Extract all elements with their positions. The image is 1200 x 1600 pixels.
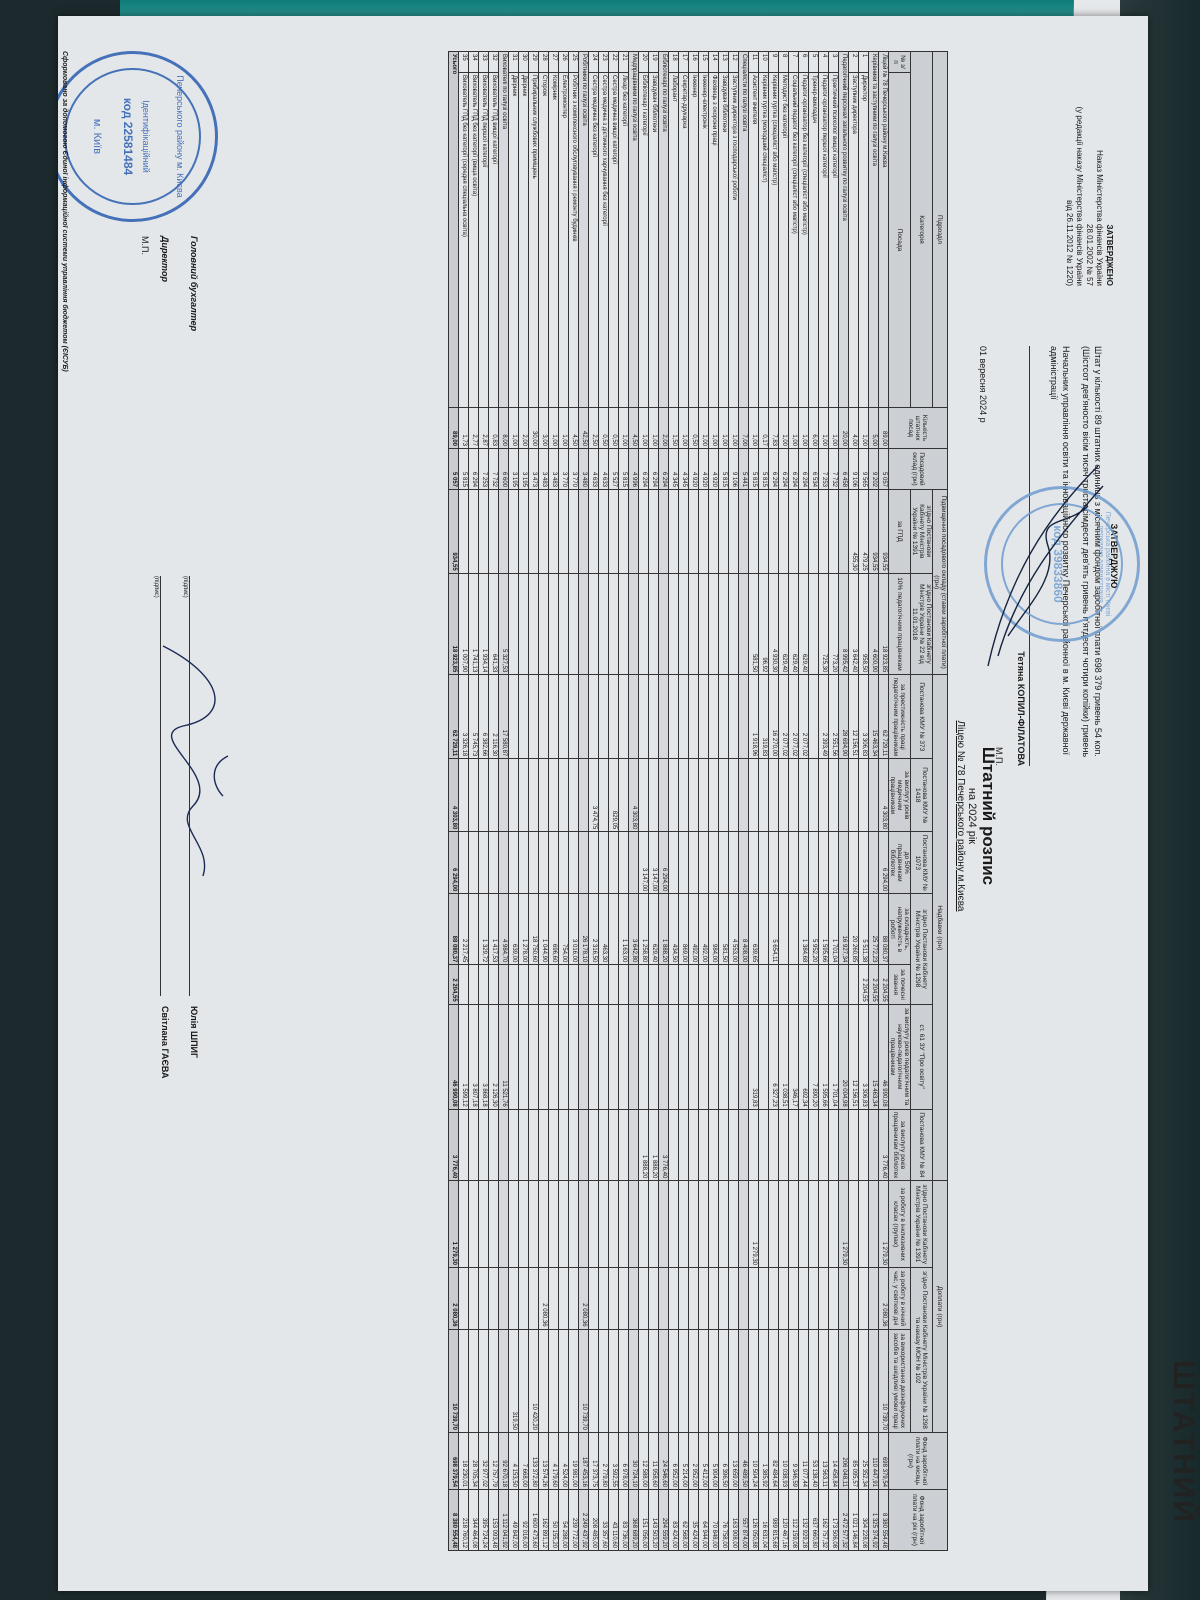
cell-e2b (719, 1329, 729, 1432)
cell-fm: 30 724,10 (629, 1433, 639, 1490)
cell-b2 (779, 759, 789, 832)
cell-e2b (749, 1329, 759, 1432)
cell-count: 1,00 (679, 408, 689, 449)
cell-b4a (609, 894, 619, 965)
cell-b6 (809, 1109, 819, 1181)
header-e2a: за роботу в нічний час, у святкові дні (889, 1268, 911, 1330)
cell-b4b (529, 965, 539, 1004)
cell-b4b (679, 965, 689, 1004)
cell-b4a: 4 553,00 (729, 894, 739, 965)
cell-b5 (649, 1004, 659, 1109)
cell-b4b (589, 965, 599, 1004)
cell-b2 (669, 759, 679, 832)
table-row: 26Електромонтер1,003 770754,004 524,0054… (559, 52, 569, 1551)
cell-salary: 5 815 (619, 449, 629, 490)
header-b4a: за складність, напруженість в роботі (889, 894, 911, 965)
cell-b2: 4 303,80 (879, 759, 889, 832)
cell-b6 (459, 1109, 469, 1181)
cell-b5: 319,83 (749, 1004, 759, 1109)
cell-salary: 3 195 (509, 449, 519, 490)
cell-fm: 2 952,00 (689, 1433, 699, 1490)
cell-r2 (699, 573, 709, 675)
cell-b6 (609, 1109, 619, 1181)
cell-fm: 6 952,00 (669, 1433, 679, 1490)
cell-r2 (539, 573, 549, 675)
cell-count: 4,50 (569, 408, 579, 449)
cell-b1: 3 306,83 (859, 675, 869, 759)
cell-count: 1,00 (829, 408, 839, 449)
cell-no: 24 (589, 52, 599, 73)
cell-b4b (839, 965, 849, 1004)
cell-salary: 3 770 (559, 449, 569, 490)
cell-e2a (839, 1268, 849, 1330)
cell-b3: 6 294,00 (879, 832, 889, 894)
cell-fm: 3 592,55 (609, 1433, 619, 1490)
cell-e2b: 319,50 (509, 1329, 519, 1432)
cell-b3 (599, 832, 609, 894)
cell-b4b (709, 965, 719, 1004)
cell-fy: 162 757,32 (819, 1490, 829, 1551)
document-org: Ліцею № 78 Печерського району м.Києва (955, 516, 966, 1116)
header-raise2-top: згідно Постанови Кабінету Міністрів Укра… (911, 573, 933, 675)
cell-b5: 1 701,04 (829, 1004, 839, 1109)
cell-no: 15 (699, 52, 709, 73)
header-b4-top: згідно Постанови Кабінету Міністрів Укра… (911, 894, 933, 1004)
cell-r1 (469, 490, 479, 574)
cell-b4a: 639,00 (509, 894, 519, 965)
cell-b3 (559, 832, 569, 894)
cell-e1 (639, 1181, 649, 1268)
cell-no: 22 (609, 52, 619, 73)
cell-b4a: 696,60 (549, 894, 559, 965)
cell-b4a: 5 952,20 (809, 894, 819, 965)
cell-b6 (629, 1109, 639, 1181)
stamp-city: м. Київ (91, 54, 103, 219)
cell-e2a (799, 1268, 809, 1330)
cell-b1 (669, 675, 679, 759)
cell-salary: 6 294 (659, 449, 669, 490)
cell-r2 (559, 573, 569, 675)
cell-position: Вихователь ГПД вищої категорії (489, 73, 499, 408)
cell-b3 (519, 832, 529, 894)
cell-b4b (499, 965, 509, 1004)
cell-b2 (579, 759, 589, 832)
cell-salary: 6 600 (499, 449, 509, 490)
cell-salary: 9 202 (869, 449, 879, 490)
cell-b6 (619, 1109, 629, 1181)
cell-r1 (679, 490, 689, 574)
cell-r2: 3 642,40 (849, 573, 859, 675)
approval-mof-title: ЗАТВЕРДЖЕНО (1104, 56, 1114, 286)
cell-r2: 1 741,13 (469, 573, 479, 675)
cell-b3 (849, 832, 859, 894)
cell-b5: 1 599,12 (459, 1004, 469, 1109)
cell-e2b: 10 739,70 (579, 1329, 589, 1432)
cell-no: 2 (849, 52, 859, 73)
cell-b3 (629, 832, 639, 894)
cell-b1 (649, 675, 659, 759)
director-label: Директор (160, 236, 170, 356)
table-row: 13Завідувач бібліотеки1,005 815581,506 3… (719, 52, 729, 1551)
cell-fm: 82 484,64 (769, 1433, 779, 1490)
cell-salary: 7 732 (489, 449, 499, 490)
sign-caption: (підпис) (153, 576, 159, 598)
cell-b2 (819, 759, 829, 832)
cell-no: 30 (519, 52, 529, 73)
cell-b1 (509, 675, 519, 759)
cell-count: 1,50 (669, 408, 679, 449)
cell-r1 (609, 490, 619, 574)
cell-fy: 43 110,60 (609, 1490, 619, 1551)
cell-b6 (479, 1109, 489, 1181)
cell-r2: 958,50 (859, 573, 869, 675)
cell-count: 89,00 (449, 408, 459, 449)
cell-e1 (789, 1181, 799, 1268)
cell-e2b (649, 1329, 659, 1432)
cell-b4a: 26 178,10 (579, 894, 589, 965)
cell-no: 25 (569, 52, 579, 73)
cell-b4b (729, 965, 739, 1004)
cell-position: Вихователь ГПД першої категорії (479, 73, 489, 408)
cell-b1 (739, 675, 749, 759)
stamp-text: Печерського району м. Києва (175, 74, 185, 199)
cell-e2b (499, 1329, 509, 1432)
cell-b4a: 1 044,90 (539, 894, 549, 965)
director-name: Світлана ГАЄВА (160, 1006, 170, 1078)
cell-e2a (629, 1268, 639, 1330)
cell-r2: 629,40 (799, 573, 809, 675)
cell-e1 (599, 1181, 609, 1268)
cell-position: Методист без категорії (779, 73, 789, 408)
cell-b6 (589, 1109, 599, 1181)
cell-no: 11 (749, 52, 759, 73)
cell-count: 6,00 (809, 408, 819, 449)
cell-r2 (689, 573, 699, 675)
cell-e1 (529, 1181, 539, 1268)
table-row: 18Лаборант1,504 345434,506 952,0083 424,… (669, 52, 679, 1551)
cell-b4a (789, 894, 799, 965)
cell-count: 89,00 (879, 408, 889, 449)
cell-b3 (489, 832, 499, 894)
cell-salary: 5 815 (459, 449, 469, 490)
cell-r1 (569, 490, 579, 574)
cell-e2a (549, 1268, 559, 1330)
cell-b5: 692,34 (799, 1004, 809, 1109)
cell-e2a (569, 1268, 579, 1330)
cell-b4a (779, 894, 789, 965)
cell-b4a: 629,40 (649, 894, 659, 965)
cell-count: 42,50 (579, 408, 589, 449)
cell-b3 (769, 832, 779, 894)
cell-b5 (679, 1004, 689, 1109)
cell-b4a: 581,50 (719, 894, 729, 965)
cell-b1 (699, 675, 709, 759)
cell-e1 (489, 1181, 499, 1268)
cell-b6 (599, 1109, 609, 1181)
cell-b1: 2 551,56 (829, 675, 839, 759)
cell-e2b (589, 1329, 599, 1432)
cell-e2a (489, 1268, 499, 1330)
cell-salary: 6 294 (639, 449, 649, 490)
cell-b1 (559, 675, 569, 759)
cell-b2 (489, 759, 499, 832)
cell-b5 (619, 1004, 629, 1109)
cell-e1 (769, 1181, 779, 1268)
cell-fm: 11 958,60 (649, 1433, 659, 1490)
cell-r2: 8 995,42 (839, 573, 849, 675)
cell-b6 (689, 1109, 699, 1181)
cell-e2b (629, 1329, 639, 1432)
cell-b4a: 1 384,68 (799, 894, 809, 965)
cell-b2 (509, 759, 519, 832)
cell-r1 (659, 490, 669, 574)
cell-b1: 17 580,87 (499, 675, 509, 759)
cell-b6 (759, 1109, 769, 1181)
cell-e2a (819, 1268, 829, 1330)
cell-e2b (469, 1329, 479, 1432)
cell-r1 (829, 490, 839, 574)
cell-position: Комірник (549, 73, 559, 408)
cell-b1: 2 393,49 (819, 675, 829, 759)
cell-e1 (659, 1181, 669, 1268)
cell-b5: 2 126,30 (489, 1004, 499, 1109)
cell-b5: 3 807,18 (469, 1004, 479, 1109)
table-row: 19Завідувач бібліотеки1,006 2943 147,006… (649, 52, 659, 1551)
cell-count: 1,00 (729, 408, 739, 449)
cell-b4a: 2 217,45 (459, 894, 469, 965)
cell-b1 (689, 675, 699, 759)
cell-r1: 455,30 (849, 490, 859, 574)
cell-b5: 7 890,20 (809, 1004, 819, 1109)
cell-count: 5,00 (869, 408, 879, 449)
cell-e2a (719, 1268, 729, 1330)
cell-b2 (719, 759, 729, 832)
cell-salary: 4 920 (689, 449, 699, 490)
cell-b6: 3 776,40 (449, 1109, 459, 1181)
cell-fy: 344 464,08 (469, 1490, 479, 1551)
cell-b4b (779, 965, 789, 1004)
cell-b2 (689, 759, 699, 832)
cell-count: 1,00 (559, 408, 569, 449)
cell-e1 (459, 1181, 469, 1268)
cell-fm: 13 659,00 (729, 1433, 739, 1490)
header-fund-month: Фонд заробітної плати на місяць (грн) (889, 1433, 948, 1490)
cell-position: Заступник директора з господарської робо… (729, 73, 739, 408)
cell-e1 (729, 1181, 739, 1268)
table-group-row: Медпрацівники по галузі освіта4,504 9964… (629, 52, 639, 1551)
cell-b1: 319,83 (759, 675, 769, 759)
cell-b5 (639, 1004, 649, 1109)
cell-b1 (529, 675, 539, 759)
cell-b4b (509, 965, 519, 1004)
header-raise1-top: згідно Постанови Кабінету Міністрів Укра… (911, 490, 933, 574)
cell-b3 (859, 832, 869, 894)
cell-b3 (739, 832, 749, 894)
table-row: 3Практичний психолог вищої категорії1,00… (829, 52, 839, 1551)
cell-b6 (519, 1109, 529, 1181)
cell-b2 (659, 759, 669, 832)
cell-e2a (869, 1268, 879, 1330)
cell-count: 1,00 (799, 408, 809, 449)
cell-b1: 2 077,02 (799, 675, 809, 759)
cell-salary: 6 294 (779, 449, 789, 490)
cell-b2 (639, 759, 649, 832)
cell-count: 1,00 (649, 408, 659, 449)
cell-b4b (549, 965, 559, 1004)
cell-position: Двірник (519, 73, 529, 408)
header-b1: за престижність праці педагогічним праці… (889, 675, 911, 759)
cell-e2b (539, 1329, 549, 1432)
table-row: 8Методист без категорії1,006 294629,402 … (779, 52, 789, 1551)
cell-e1 (689, 1181, 699, 1268)
cell-b5 (599, 1004, 609, 1109)
cell-b2 (789, 759, 799, 832)
cell-b2 (529, 759, 539, 832)
table-row: 29Прибиральник службових приміщень30,003… (529, 52, 539, 1551)
cell-b4b (539, 965, 549, 1004)
cell-b5: 6 327,23 (769, 1004, 779, 1109)
cell-fy: 76 758,00 (719, 1490, 729, 1551)
cell-b4a: 88 080,37 (449, 894, 459, 965)
cell-r1: 934,55 (869, 490, 879, 574)
cell-position: Лікар без категорії (619, 73, 629, 408)
cell-e2b: 10 739,70 (879, 1329, 889, 1432)
table-row: 25Робітник з комплексного обслуговування… (569, 52, 579, 1551)
header-e2b: за використання дезінфікуючих засобів та… (889, 1329, 911, 1432)
cell-b6 (499, 1109, 509, 1181)
cell-b2 (469, 759, 479, 832)
cell-b1 (579, 675, 589, 759)
cell-b6 (679, 1109, 689, 1181)
cell-b4b (699, 965, 709, 1004)
cell-position: Педагог-організатор без категорії (спеці… (799, 73, 809, 408)
cell-b5 (689, 1004, 699, 1109)
cell-b1 (629, 675, 639, 759)
cell-e1 (669, 1181, 679, 1268)
cell-e1 (699, 1181, 709, 1268)
cell-e1 (759, 1181, 769, 1268)
cell-fm: 10 038,93 (779, 1433, 789, 1490)
cell-position: Практичний психолог вищої категорії (829, 73, 839, 408)
cell-fy: 112 159,08 (789, 1490, 799, 1551)
cell-e2b (459, 1329, 469, 1432)
cell-fm: 11 077,44 (799, 1433, 809, 1490)
cell-b3 (609, 832, 619, 894)
cell-b6 (769, 1109, 779, 1181)
cell-b6 (739, 1109, 749, 1181)
cell-b5: 11 521,76 (499, 1004, 509, 1109)
cell-b1: 28 694,90 (839, 675, 849, 759)
cell-position: Сестра медична вищої категорії (609, 73, 619, 408)
cell-count: 7,83 (769, 408, 779, 449)
cell-b4a: 434,50 (669, 894, 679, 965)
cell-e2b (599, 1329, 609, 1432)
cell-b5: 12 156,51 (849, 1004, 859, 1109)
cell-b3 (729, 832, 739, 894)
cell-b4b (649, 965, 659, 1004)
cell-fm: 4 524,00 (559, 1433, 569, 1490)
cell-fy: 54 288,00 (559, 1490, 569, 1551)
cell-fy: 395 724,24 (479, 1490, 489, 1551)
cell-r1 (639, 490, 649, 574)
cell-b4a: 16 927,34 (839, 894, 849, 965)
cell-salary: 9 565 (859, 449, 869, 490)
cell-r1 (799, 490, 809, 574)
cell-b4a: 1 329,72 (479, 894, 489, 965)
cell-b2 (549, 759, 559, 832)
cell-b3: 3 147,00 (649, 832, 659, 894)
cell-e2a (739, 1268, 749, 1330)
cell-r1 (649, 490, 659, 574)
header-salary: Посадовий оклад (грн) (889, 449, 948, 490)
cell-b4a: 492,00 (699, 894, 709, 965)
table-group-row: Керівники та заступники по галузі освіта… (869, 52, 879, 1551)
cell-b4a: 25 772,23 (869, 894, 879, 965)
cell-b4b (749, 965, 759, 1004)
cell-fy: 1 600 473,60 (529, 1490, 539, 1551)
cell-b1: 2 077,02 (789, 675, 799, 759)
cell-count: 1,00 (509, 408, 519, 449)
cell-e2b (559, 1329, 569, 1432)
cell-r1 (709, 490, 719, 574)
cell-b1 (679, 675, 689, 759)
cell-no: 20 (639, 52, 649, 73)
cell-e1 (559, 1181, 569, 1268)
cell-r1 (559, 490, 569, 574)
staffing-table: Підрозділ Кількість штатних посад Посадо… (448, 51, 948, 1551)
cell-r1 (819, 490, 829, 574)
cell-fy: 1 021 146,84 (849, 1490, 859, 1551)
table-group-row: Бібліотекарі по галузі освіта2,006 2946 … (659, 52, 669, 1551)
header-subdivision: Підрозділ (933, 52, 948, 408)
cell-b2 (519, 759, 529, 832)
cell-b3 (499, 832, 509, 894)
cell-r1 (579, 490, 589, 574)
cell-fm: 46 489,50 (739, 1433, 749, 1490)
cell-fy: 163 908,00 (729, 1490, 739, 1551)
cell-b3 (569, 832, 579, 894)
cell-count: 2,50 (589, 408, 599, 449)
cell-r2 (639, 573, 649, 675)
cell-b4a: 2 316,50 (589, 894, 599, 965)
cell-fy: 33 357,60 (599, 1490, 609, 1551)
cell-b4b (829, 965, 839, 1004)
cell-b4b (759, 965, 769, 1004)
cell-b6 (539, 1109, 549, 1181)
cell-b3 (839, 832, 849, 894)
cell-e2b (679, 1329, 689, 1432)
cell-r2: 1 934,14 (479, 573, 489, 675)
cell-b2 (769, 759, 779, 832)
cell-e2a (689, 1268, 699, 1330)
cell-b6 (819, 1109, 829, 1181)
cell-count: 1,00 (819, 408, 829, 449)
cell-b2 (849, 759, 859, 832)
cell-e2a (849, 1268, 859, 1330)
cell-r2 (589, 573, 599, 675)
approval-mof-line: Наказ Міністерства фінансів України (1094, 56, 1104, 286)
cell-count: 8,00 (499, 408, 509, 449)
cell-fy: 304 228,08 (859, 1490, 869, 1551)
cell-count: 1,00 (699, 408, 709, 449)
cell-r1 (779, 490, 789, 574)
table-row: 5Тренер-викладач6,006 5345 952,207 890,2… (809, 52, 819, 1551)
cell-b1: 16 270,00 (769, 675, 779, 759)
cell-b5 (759, 1004, 769, 1109)
cell-position: Соціальний педагог без категорії (спеціа… (789, 73, 799, 408)
cell-r1 (719, 490, 729, 574)
cell-b1 (709, 675, 719, 759)
